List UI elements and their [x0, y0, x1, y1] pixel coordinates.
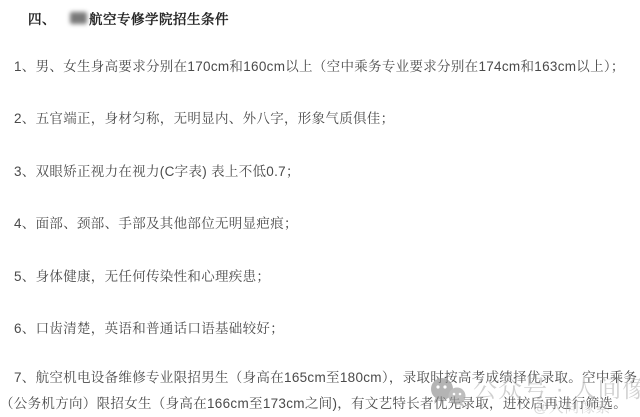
requirement-item-6: 6、口齿清楚，英语和普通话口语基础较好；	[0, 319, 640, 339]
requirement-item-3: 3、双眼矫正视力在视力(C字表) 表上不低0.7；	[0, 162, 640, 182]
section-title: 四、 航空专修学院招生条件	[28, 8, 229, 28]
requirement-item-7: 7、航空机电设备维修专业限招男生（身高在165cm至180cm），录取时按高考成…	[0, 365, 640, 417]
section-title-text: 航空专修学院招生条件	[89, 8, 229, 28]
requirement-item-4: 4、面部、颈部、手部及其他部位无明显疤痕；	[0, 214, 640, 234]
requirement-item-1: 1、男、女生身高要求分别在170cm和160cm以上（空中乘务专业要求分别在17…	[0, 57, 640, 77]
redacted-school-name	[70, 12, 87, 24]
requirement-item-5: 5、身体健康，无任何传染性和心理疾患；	[0, 267, 640, 287]
document-page: 四、 航空专修学院招生条件 1、男、女生身高要求分别在170cm和160cm以上…	[0, 0, 640, 417]
requirement-item-2: 2、五官端正，身材匀称，无明显内、外八字，形象气质俱佳；	[0, 109, 640, 129]
section-number: 四、	[28, 8, 56, 28]
